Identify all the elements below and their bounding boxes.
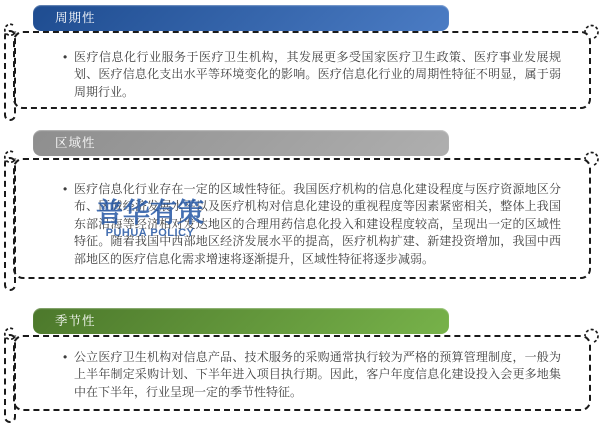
section-header-label: 区域性: [55, 136, 96, 150]
section-header-label: 季节性: [55, 314, 96, 328]
section-body-seasonality: 公立医疗卫生机构对信息产品、技术服务的采购通常执行较为严格的预算管理制度，一般为…: [74, 349, 561, 401]
scroll-curl-icon: [578, 22, 599, 43]
scroll-spiral-icon: [0, 325, 18, 344]
scroll-spiral-icon: [0, 21, 18, 40]
scroll-roll-decoration: [4, 30, 16, 121]
section-box-seasonality: • 公立医疗卫生机构对信息产品、技术服务的采购通常执行较为严格的预算管理制度，一…: [13, 335, 591, 411]
bullet-marker: •: [63, 349, 74, 401]
bullet-marker: •: [63, 49, 74, 101]
section-header-cyclicality: 周期性: [33, 5, 449, 31]
section-header-regionality: 区域性: [33, 130, 449, 156]
scroll-curl-icon: [578, 326, 599, 347]
infographic-page: 周期性 • 医疗信息化行业服务于医疗卫生机构，其发展更多受国家医疗卫生政策、医疗…: [0, 0, 602, 426]
scroll-curl-icon: [578, 149, 599, 170]
section-body-regionality: 医疗信息化行业存在一定的区域性特征。我国医疗机构的信息化建设程度与医疗资源地区分…: [74, 181, 561, 268]
section-header-label: 周期性: [55, 11, 96, 25]
scroll-roll-decoration: [4, 334, 16, 423]
scroll-roll-decoration: [4, 157, 16, 291]
section-body-cyclicality: 医疗信息化行业服务于医疗卫生机构，其发展更多受国家医疗卫生政策、医疗事业发展规划…: [74, 49, 561, 101]
bullet-marker: •: [63, 181, 74, 268]
section-header-seasonality: 季节性: [33, 308, 449, 334]
section-box-regionality: • 医疗信息化行业存在一定的区域性特征。我国医疗机构的信息化建设程度与医疗资源地…: [13, 158, 591, 279]
section-box-cyclicality: • 医疗信息化行业服务于医疗卫生机构，其发展更多受国家医疗卫生政策、医疗事业发展…: [13, 31, 591, 109]
scroll-spiral-icon: [0, 148, 18, 167]
